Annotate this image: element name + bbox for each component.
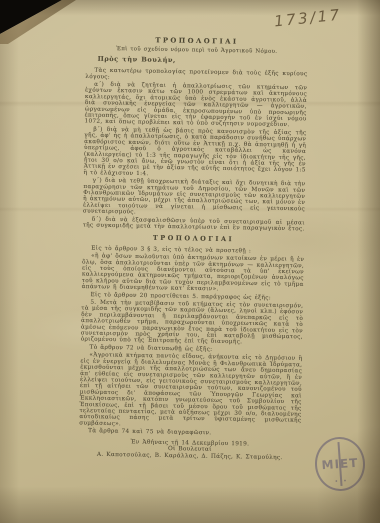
scan-edge-shading bbox=[0, 0, 380, 523]
scanned-page: ΤΡΟΠΟΛΟΓΙΑΙ Ἐπὶ τοῦ σχεδίου νόμου περὶ τ… bbox=[0, 0, 380, 523]
paper-sheet: ΤΡΟΠΟΛΟΓΙΑΙ Ἐπὶ τοῦ σχεδίου νόμου περὶ τ… bbox=[0, 0, 380, 523]
